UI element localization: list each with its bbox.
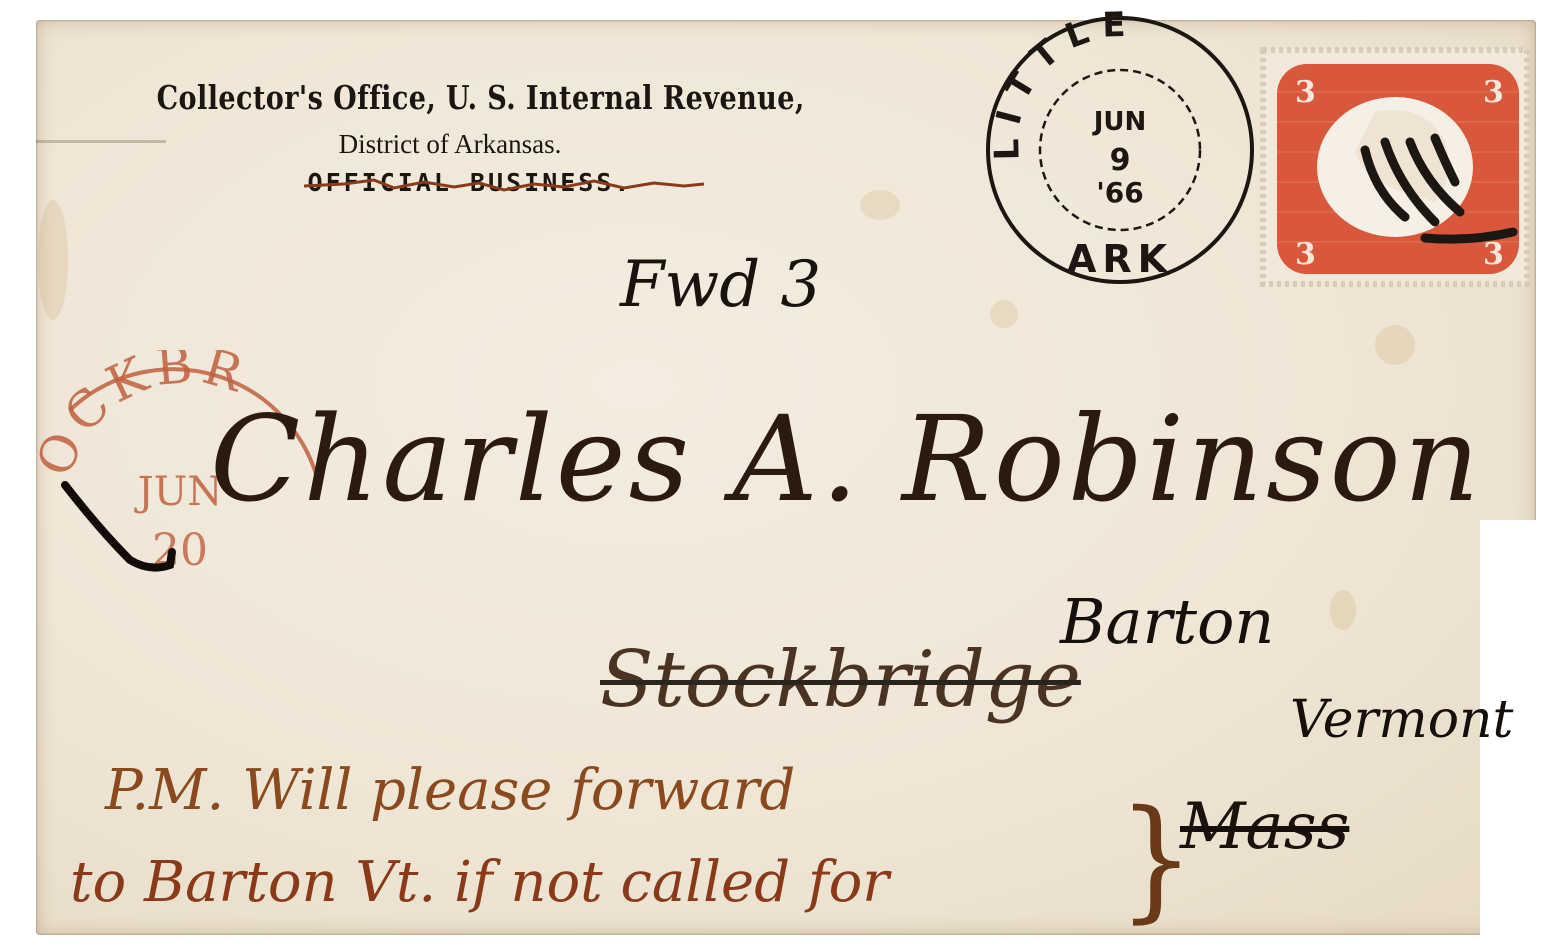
foxing-stain bbox=[1330, 590, 1356, 630]
forward-state: Vermont bbox=[1290, 690, 1513, 750]
svg-text:3: 3 bbox=[1295, 237, 1316, 272]
docket-notation: Fwd 3 bbox=[620, 248, 821, 322]
postmark-state: ARK bbox=[1067, 237, 1173, 281]
stamp-3-cent: 3 3 3 3 bbox=[1255, 42, 1535, 292]
forwarding-note-brace: } bbox=[1118, 783, 1194, 936]
foxing-stain bbox=[990, 300, 1018, 328]
forwarding-note-line1: P.M. Will please forward bbox=[105, 758, 795, 823]
forward-town: Barton bbox=[1060, 585, 1274, 658]
postmark-little-rock: LITTLE JUN 9 '66 ARK bbox=[980, 10, 1260, 290]
postmark-year: '66 bbox=[1096, 176, 1144, 209]
corner-card-district: District of Arkansas. bbox=[70, 129, 830, 160]
postmark-day: 9 bbox=[1110, 143, 1131, 178]
official-business-text: OFFICIAL BUSINESS. bbox=[308, 168, 633, 197]
addressee-name: Charles A. Robinson bbox=[210, 390, 1483, 528]
foxing-stain bbox=[1375, 325, 1415, 365]
foxing-stain bbox=[38, 200, 68, 320]
corner-card: Collector's Office, U. S. Internal Reven… bbox=[90, 78, 830, 197]
corner-card-title: Collector's Office, U. S. Internal Reven… bbox=[157, 78, 764, 117]
svg-text:3: 3 bbox=[1483, 75, 1504, 110]
corner-card-official-business: OFFICIAL BUSINESS. bbox=[308, 168, 633, 197]
original-town: Stockbridge bbox=[600, 635, 1081, 725]
svg-text:3: 3 bbox=[1295, 75, 1316, 110]
foxing-stain bbox=[860, 190, 900, 220]
original-state: Mass bbox=[1180, 790, 1349, 864]
original-town-text: Stockbridge bbox=[600, 635, 1081, 725]
ink-stroke bbox=[60, 470, 180, 580]
svg-text:3: 3 bbox=[1483, 237, 1504, 272]
postmark-month: JUN bbox=[1092, 107, 1147, 137]
forwarding-note-line2: to Barton Vt. if not called for bbox=[70, 850, 889, 915]
original-state-text: Mass bbox=[1180, 790, 1349, 864]
